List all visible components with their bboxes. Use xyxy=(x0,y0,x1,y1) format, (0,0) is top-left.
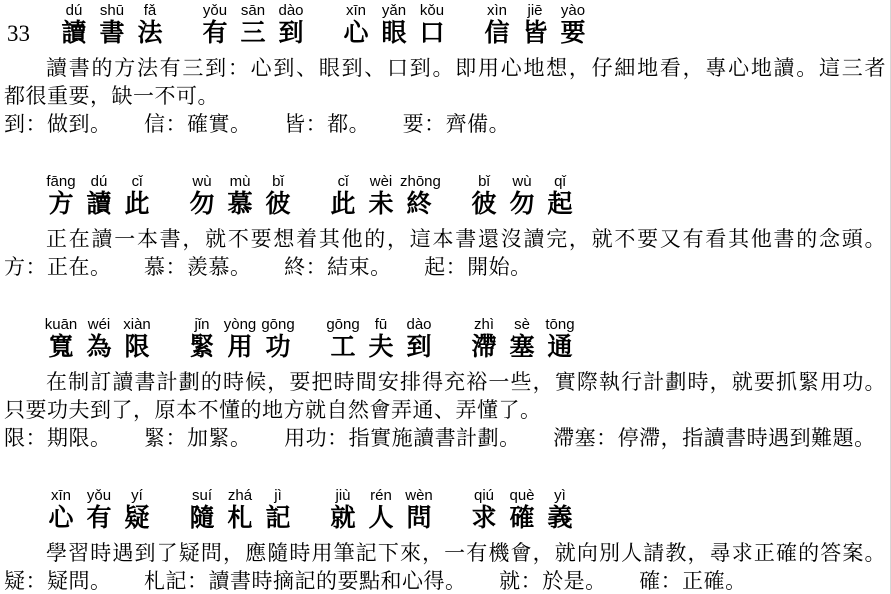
verse-syllable: jǐn緊 xyxy=(183,316,221,362)
verse-char: 札 xyxy=(221,504,259,533)
verse-syllable: kuān寬 xyxy=(42,316,80,362)
pinyin-label: jiē xyxy=(516,2,554,19)
pinyin-label: cǐ xyxy=(118,173,156,190)
verse-char: 問 xyxy=(400,504,438,533)
pinyin-label: kuān xyxy=(42,316,80,333)
explanation: 學習時遇到了疑問，應隨時用筆記下來，一有機會，就向別人請教，尋求正確的答案。 xyxy=(0,539,890,567)
glossary-entry: 方：正在。 xyxy=(4,255,112,279)
verse-syllable: gōng功 xyxy=(259,316,297,362)
pinyin-label: fāng xyxy=(42,173,80,190)
verse-syllable: jì記 xyxy=(259,487,297,533)
glossary-line: 疑：疑問。札記：讀書時摘記的要點和心得。就：於是。確：正確。 xyxy=(0,567,890,594)
pinyin-label: yí xyxy=(118,487,156,504)
verse-syllable: suí隨 xyxy=(183,487,221,533)
verse-syllable: wù勿 xyxy=(183,173,221,219)
pinyin-label: cǐ xyxy=(324,173,362,190)
explanation: 在制訂讀書計劃的時候，要把時間安排得充裕一些，實際執行計劃時，就要抓緊用功。只要… xyxy=(0,368,890,424)
verse-char: 疑 xyxy=(118,504,156,533)
verse-char: 記 xyxy=(259,504,297,533)
verse-syllable: fāng方 xyxy=(42,173,80,219)
pinyin-label: fǎ xyxy=(131,2,169,19)
verse-char: 眼 xyxy=(375,19,413,48)
pinyin-label: wèi xyxy=(362,173,400,190)
verse-phrase: gōng工fū夫dào到 xyxy=(324,316,438,362)
pinyin-label: yòng xyxy=(221,316,259,333)
glossary-entry: 疑：疑問。 xyxy=(4,569,112,593)
verse-syllable: qǐ起 xyxy=(541,173,579,219)
verse-syllable: kǒu口 xyxy=(413,2,451,48)
verse-phrase: bǐ彼wù勿qǐ起 xyxy=(465,173,579,219)
pinyin-label: xiàn xyxy=(118,316,156,333)
verse-char: 為 xyxy=(80,333,118,362)
verse-char: 隨 xyxy=(183,504,221,533)
verse-char: 限 xyxy=(118,333,156,362)
verse-syllable: wù勿 xyxy=(503,173,541,219)
verse-char: 未 xyxy=(362,190,400,219)
pinyin-label: rén xyxy=(362,487,400,504)
verse-char: 工 xyxy=(324,333,362,362)
explanation-line: 都很重要，缺一不可。 xyxy=(0,82,890,110)
verse-char: 夫 xyxy=(362,333,400,362)
pinyin-label: yǒu xyxy=(80,487,118,504)
verse-syllable: wèi未 xyxy=(362,173,400,219)
glossary-entry: 起：開始。 xyxy=(424,255,532,279)
verse-syllable: mù慕 xyxy=(221,173,259,219)
verse-char: 信 xyxy=(478,19,516,48)
explanation-line: 正在讀一本書，就不要想着其他的，這本書還沒讀完，就不要又有看其他書的念頭。 xyxy=(0,225,890,253)
verse-char: 慕 xyxy=(221,190,259,219)
pinyin-label: jiù xyxy=(324,487,362,504)
pinyin-label: zhá xyxy=(221,487,259,504)
glossary-entry: 緊：加緊。 xyxy=(144,426,252,450)
verse-syllable: yǒu有 xyxy=(80,487,118,533)
glossary-entry: 慕：羨慕。 xyxy=(144,255,252,279)
verse-syllable: yì義 xyxy=(541,487,579,533)
explanation-line: 學習時遇到了疑問，應隨時用筆記下來，一有機會，就向別人請教，尋求正確的答案。 xyxy=(0,539,890,567)
pinyin-label: qiú xyxy=(465,487,503,504)
explanation: 讀書的方法有三到：心到、眼到、口到。即用心地想，仔細地看，專心地讀。這三者都很重… xyxy=(0,54,890,110)
verse-char: 彼 xyxy=(259,190,297,219)
pinyin-label: qǐ xyxy=(541,173,579,190)
glossary-line: 到：做到。信：確實。皆：都。要：齊備。 xyxy=(0,110,890,138)
verse-syllable: xìn信 xyxy=(478,2,516,48)
verse-char: 要 xyxy=(554,19,592,48)
verse-syllable: yí疑 xyxy=(118,487,156,533)
verse-char: 心 xyxy=(42,504,80,533)
verse-char: 讀 xyxy=(55,19,93,48)
verse-char: 法 xyxy=(131,19,169,48)
verse-char: 到 xyxy=(272,19,310,48)
verse-syllable: zhá札 xyxy=(221,487,259,533)
pinyin-label: yǎn xyxy=(375,2,413,19)
pinyin-label: dào xyxy=(400,316,438,333)
glossary-line: 方：正在。慕：羨慕。終：結束。起：開始。 xyxy=(0,253,890,281)
verse-syllable: cǐ此 xyxy=(324,173,362,219)
glossary-entry: 滯塞：停滯，指讀書時遇到難題。 xyxy=(553,426,876,450)
glossary-entry: 終：結束。 xyxy=(284,255,392,279)
pinyin-label: bǐ xyxy=(465,173,503,190)
verse-char: 寬 xyxy=(42,333,80,362)
verse-char: 勿 xyxy=(503,190,541,219)
pinyin-label: bǐ xyxy=(259,173,297,190)
glossary-entry: 信：確實。 xyxy=(144,112,252,136)
verse-syllable: zhōng終 xyxy=(400,173,438,219)
verse-syllable: bǐ彼 xyxy=(259,173,297,219)
verse-syllable: yào要 xyxy=(554,2,592,48)
verse-char: 終 xyxy=(400,190,438,219)
verse-char: 此 xyxy=(118,190,156,219)
verse-char: 書 xyxy=(93,19,131,48)
glossary-line: 限：期限。緊：加緊。用功：指實施讀書計劃。滯塞：停滯，指讀書時遇到難題。 xyxy=(0,424,890,452)
verse-line: 33dú讀shū書fǎ法yǒu有sān三dào到xīn心yǎn眼kǒu口xìn信… xyxy=(0,2,890,48)
explanation: 正在讀一本書，就不要想着其他的，這本書還沒讀完，就不要又有看其他書的念頭。 xyxy=(0,225,890,253)
verse-phrase: jiù就rén人wèn問 xyxy=(324,487,438,533)
verse-phrase: wù勿mù慕bǐ彼 xyxy=(183,173,297,219)
verse-char: 心 xyxy=(337,19,375,48)
verse-char: 皆 xyxy=(516,19,554,48)
verse-char: 通 xyxy=(541,333,579,362)
verse-line: xīn心yǒu有yí疑suí隨zhá札jì記jiù就rén人wèn問qiú求qu… xyxy=(0,487,890,533)
verse-syllable: fǎ法 xyxy=(131,2,169,48)
verse-syllable: yǎn眼 xyxy=(375,2,413,48)
pinyin-label: suí xyxy=(183,487,221,504)
verse-phrase: qiú求què確yì義 xyxy=(465,487,579,533)
verse-phrase: kuān寬wéi為xiàn限 xyxy=(42,316,156,362)
pinyin-label: xīn xyxy=(42,487,80,504)
verse-syllable: sè塞 xyxy=(503,316,541,362)
verse-char: 用 xyxy=(221,333,259,362)
verse-syllable: dào到 xyxy=(400,316,438,362)
verse-syllable: dào到 xyxy=(272,2,310,48)
verse-phrase: zhì滯sè塞tōng通 xyxy=(465,316,579,362)
explanation-line: 只要功夫到了，原本不懂的地方就自然會弄通、弄懂了。 xyxy=(0,396,890,424)
pinyin-label: yǒu xyxy=(196,2,234,19)
verse-syllable: rén人 xyxy=(362,487,400,533)
verse-char: 就 xyxy=(324,504,362,533)
verse-phrase: jǐn緊yòng用gōng功 xyxy=(183,316,297,362)
verse-char: 塞 xyxy=(503,333,541,362)
verse-syllable: gōng工 xyxy=(324,316,362,362)
pinyin-label: xìn xyxy=(478,2,516,19)
verse-syllable: què確 xyxy=(503,487,541,533)
pinyin-label: wéi xyxy=(80,316,118,333)
verse-char: 方 xyxy=(42,190,80,219)
verse-char: 求 xyxy=(465,504,503,533)
pinyin-label: zhì xyxy=(465,316,503,333)
pinyin-label: tōng xyxy=(541,316,579,333)
pinyin-label: dú xyxy=(80,173,118,190)
glossary-entry: 到：做到。 xyxy=(4,112,112,136)
verse-syllable: sān三 xyxy=(234,2,272,48)
explanation-line: 讀書的方法有三到：心到、眼到、口到。即用心地想，仔細地看，專心地讀。這三者 xyxy=(0,54,890,82)
glossary-entry: 皆：都。 xyxy=(284,112,370,136)
verse-phrase: dú讀shū書fǎ法 xyxy=(55,2,169,48)
pinyin-label: yì xyxy=(541,487,579,504)
pinyin-label: sè xyxy=(503,316,541,333)
glossary-entry: 限：期限。 xyxy=(4,426,112,450)
verse-syllable: tōng通 xyxy=(541,316,579,362)
verse-char: 讀 xyxy=(80,190,118,219)
pinyin-label: jǐn xyxy=(183,316,221,333)
verse-syllable: yǒu有 xyxy=(196,2,234,48)
lesson-section: 33dú讀shū書fǎ法yǒu有sān三dào到xīn心yǎn眼kǒu口xìn信… xyxy=(0,2,890,138)
verse-char: 功 xyxy=(259,333,297,362)
verse-char: 義 xyxy=(541,504,579,533)
pinyin-label: xīn xyxy=(337,2,375,19)
verse-char: 有 xyxy=(196,19,234,48)
pinyin-label: yào xyxy=(554,2,592,19)
verse-phrase: fāng方dú讀cǐ此 xyxy=(42,173,156,219)
verse-char: 緊 xyxy=(183,333,221,362)
glossary-entry: 要：齊備。 xyxy=(403,112,511,136)
verse-syllable: dú讀 xyxy=(55,2,93,48)
pinyin-label: wù xyxy=(183,173,221,190)
verse-syllable: xīn心 xyxy=(42,487,80,533)
verse-char: 起 xyxy=(541,190,579,219)
lesson-section: kuān寬wéi為xiàn限jǐn緊yòng用gōng功gōng工fū夫dào到… xyxy=(0,316,890,452)
verse-char: 勿 xyxy=(183,190,221,219)
pinyin-label: shū xyxy=(93,2,131,19)
pinyin-label: sān xyxy=(234,2,272,19)
pinyin-label: gōng xyxy=(324,316,362,333)
verse-syllable: zhì滯 xyxy=(465,316,503,362)
verse-syllable: jiù就 xyxy=(324,487,362,533)
lesson-number: 33 xyxy=(0,19,55,48)
verse-phrase: xīn心yǎn眼kǒu口 xyxy=(337,2,451,48)
verse-char: 口 xyxy=(413,19,451,48)
glossary-entry: 就：於是。 xyxy=(499,569,607,593)
verse-phrase: yǒu有sān三dào到 xyxy=(196,2,310,48)
pinyin-label: jì xyxy=(259,487,297,504)
verse-syllable: yòng用 xyxy=(221,316,259,362)
verse-char: 三 xyxy=(234,19,272,48)
verse-line: fāng方dú讀cǐ此wù勿mù慕bǐ彼cǐ此wèi未zhōng終bǐ彼wù勿q… xyxy=(0,173,890,219)
verse-syllable: cǐ此 xyxy=(118,173,156,219)
glossary-entry: 確：正確。 xyxy=(639,569,747,593)
verse-phrase: xìn信jiē皆yào要 xyxy=(478,2,592,48)
lesson-section: fāng方dú讀cǐ此wù勿mù慕bǐ彼cǐ此wèi未zhōng終bǐ彼wù勿q… xyxy=(0,173,890,281)
verse-char: 彼 xyxy=(465,190,503,219)
pinyin-label: què xyxy=(503,487,541,504)
verse-char: 有 xyxy=(80,504,118,533)
verse-syllable: qiú求 xyxy=(465,487,503,533)
pinyin-label: wù xyxy=(503,173,541,190)
verse-char: 滯 xyxy=(465,333,503,362)
verse-syllable: wèn問 xyxy=(400,487,438,533)
verse-syllable: xīn心 xyxy=(337,2,375,48)
verse-syllable: jiē皆 xyxy=(516,2,554,48)
pinyin-label: kǒu xyxy=(413,2,451,19)
verse-phrase: xīn心yǒu有yí疑 xyxy=(42,487,156,533)
pinyin-label: fū xyxy=(362,316,400,333)
verse-syllable: wéi為 xyxy=(80,316,118,362)
verse-syllable: shū書 xyxy=(93,2,131,48)
verse-phrase: cǐ此wèi未zhōng終 xyxy=(324,173,438,219)
verse-char: 確 xyxy=(503,504,541,533)
explanation-line: 在制訂讀書計劃的時候，要把時間安排得充裕一些，實際執行計劃時，就要抓緊用功。 xyxy=(0,368,890,396)
verse-char: 人 xyxy=(362,504,400,533)
verse-char: 到 xyxy=(400,333,438,362)
verse-syllable: bǐ彼 xyxy=(465,173,503,219)
verse-syllable: xiàn限 xyxy=(118,316,156,362)
verse-line: kuān寬wéi為xiàn限jǐn緊yòng用gōng功gōng工fū夫dào到… xyxy=(0,316,890,362)
pinyin-label: dú xyxy=(55,2,93,19)
lesson-section: xīn心yǒu有yí疑suí隨zhá札jì記jiù就rén人wèn問qiú求qu… xyxy=(0,487,890,594)
verse-syllable: fū夫 xyxy=(362,316,400,362)
pinyin-label: mù xyxy=(221,173,259,190)
lesson-page: 33dú讀shū書fǎ法yǒu有sān三dào到xīn心yǎn眼kǒu口xìn信… xyxy=(0,0,891,594)
pinyin-label: zhōng xyxy=(400,173,438,190)
verse-syllable: dú讀 xyxy=(80,173,118,219)
glossary-entry: 札記：讀書時摘記的要點和心得。 xyxy=(144,569,467,593)
pinyin-label: wèn xyxy=(400,487,438,504)
pinyin-label: gōng xyxy=(259,316,297,333)
glossary-entry: 用功：指實施讀書計劃。 xyxy=(284,426,521,450)
verse-char: 此 xyxy=(324,190,362,219)
pinyin-label: dào xyxy=(272,2,310,19)
verse-phrase: suí隨zhá札jì記 xyxy=(183,487,297,533)
